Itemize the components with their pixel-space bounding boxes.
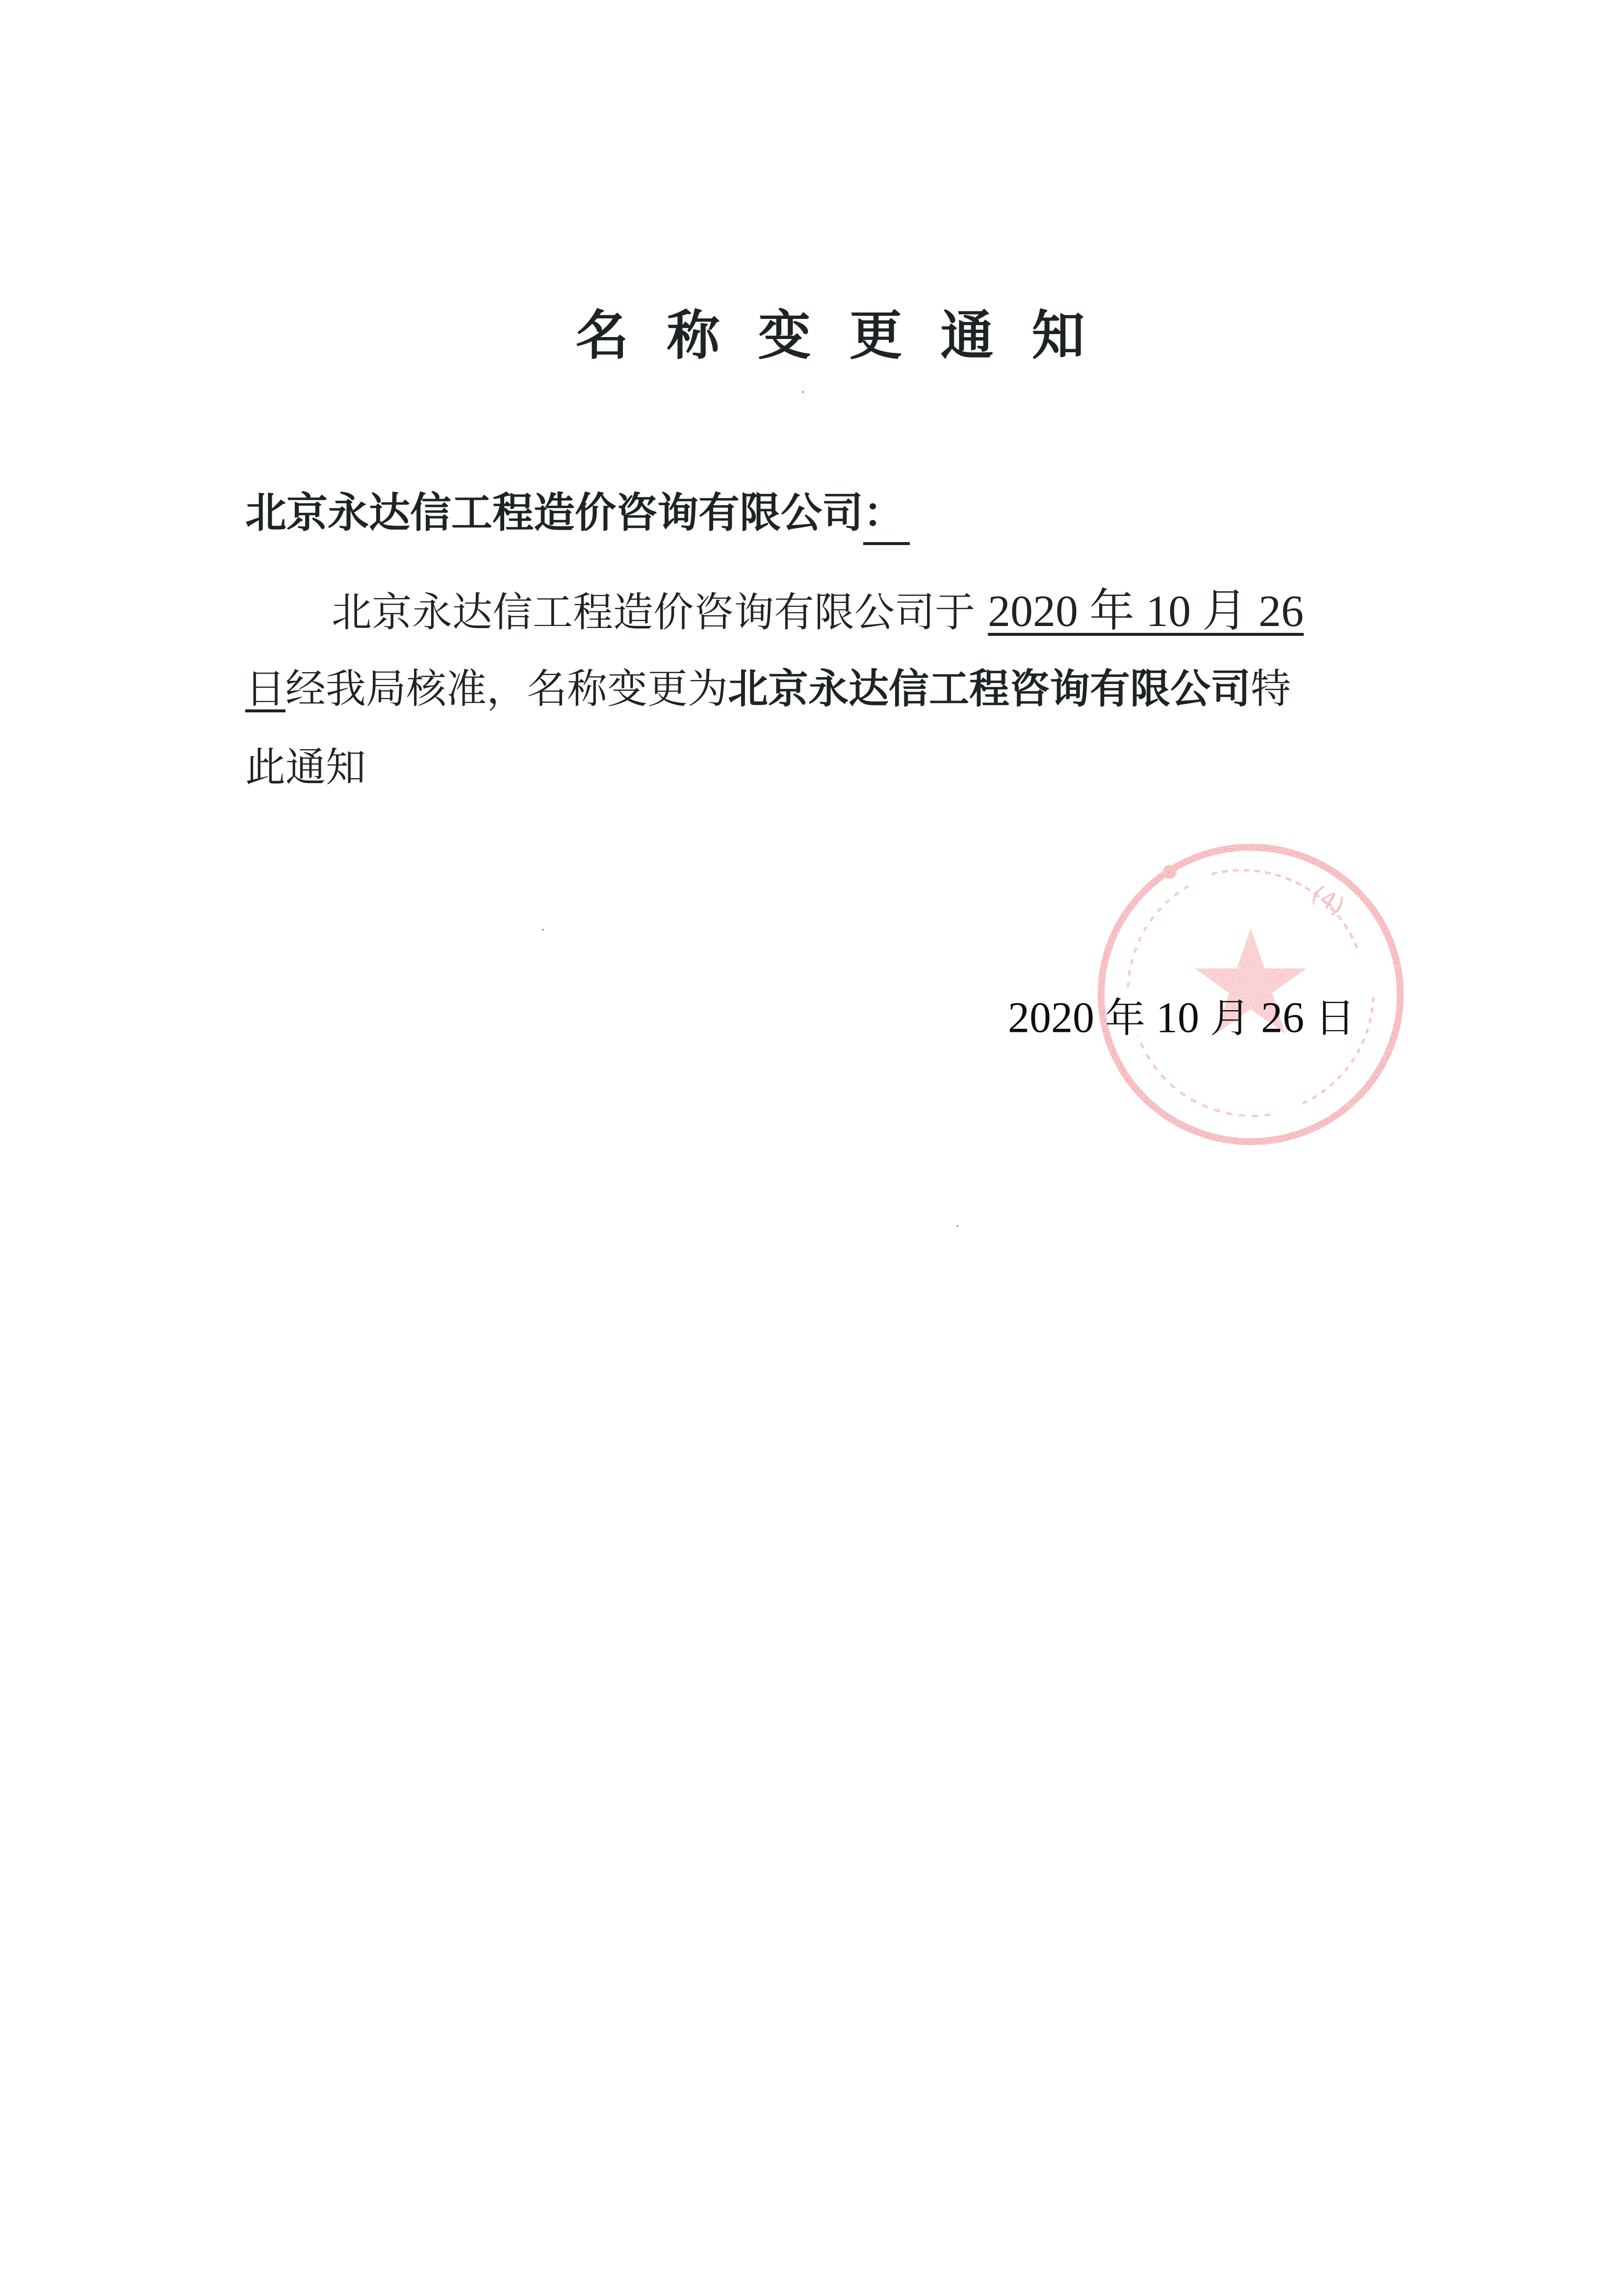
- approval-date-day-unit: 日: [245, 666, 285, 712]
- date-month: 10: [1156, 994, 1199, 1042]
- body-line-1: 北京永达信工程造价咨询有限公司于 2020 年 10 月 26: [245, 572, 1383, 650]
- body-line-3: 此通知: [245, 729, 1383, 807]
- salutation-colon: ：: [863, 483, 910, 545]
- salutation: 北京永达信工程造价咨询有限公司：: [245, 483, 910, 545]
- document-page: 名称变更通知 北京永达信工程造价咨询有限公司： 北京永达信工程造价咨询有限公司于…: [0, 0, 1622, 2296]
- scan-speck: [802, 391, 804, 393]
- date-day: 26: [1261, 994, 1304, 1042]
- old-company-name: 北京永达信工程造价咨询有限公司于: [332, 589, 975, 636]
- approval-text: 经我局核准，名称变更为: [285, 666, 728, 712]
- notice-body: 北京永达信工程造价咨询有限公司于 2020 年 10 月 26 日经我局核准，名…: [245, 572, 1383, 807]
- date-year: 2020: [1008, 994, 1094, 1042]
- scan-speck: [956, 1225, 958, 1227]
- closing-text: 此通知: [245, 744, 366, 791]
- date-month-unit: 月: [1210, 995, 1250, 1042]
- approval-date: 2020 年 10 月 26: [988, 586, 1304, 636]
- body-line-2: 日经我局核准，名称变更为北京永达信工程咨询有限公司特: [245, 650, 1383, 729]
- body-line-2-tail: 特: [1251, 666, 1291, 712]
- page-title: 名称变更通知: [0, 299, 1622, 373]
- date-day-unit: 日: [1315, 995, 1355, 1042]
- scan-speck: [542, 929, 544, 931]
- new-company-name: 北京永达信工程咨询有限公司: [728, 666, 1251, 712]
- signature-date: 2020 年 10 月 26 日: [1008, 986, 1355, 1050]
- svg-text:(4): (4): [1307, 880, 1349, 920]
- recipient-name: 北京永达信工程造价咨询有限公司: [245, 489, 863, 537]
- date-year-unit: 年: [1105, 995, 1145, 1042]
